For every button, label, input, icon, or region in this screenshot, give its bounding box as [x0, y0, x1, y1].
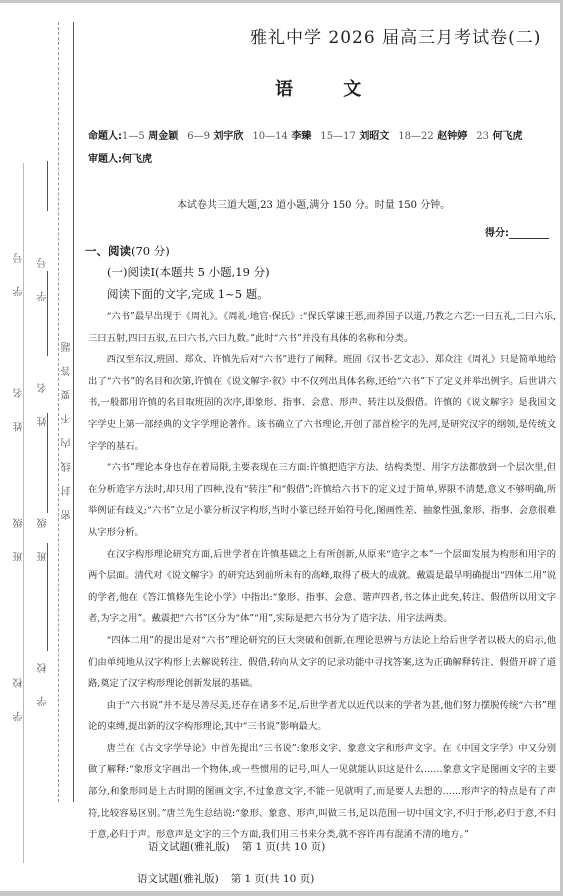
- passage-paragraph: 唐兰在《古文字学导论》中首先提出“三书说”:象形文字、象意文字和形声文字。在《中…: [88, 738, 556, 846]
- author-group: 18—22 赵钟婷: [398, 131, 467, 142]
- score-blank[interactable]: [509, 228, 549, 239]
- author-group: 15—17 刘昭文: [320, 131, 389, 142]
- passage-paragraph: “六书”理论本身也存在着局限,主要表现在三方面:许慎把造字方法、结构类型、用字方…: [88, 457, 556, 543]
- page-footer-duplicate: 语文试题(雅礼版)第 1 页(共 10 页): [137, 871, 314, 886]
- outer-label-student-id: 学 号: [12, 243, 27, 296]
- reviewer: 审题人:何飞虎: [88, 150, 152, 165]
- section-heading: 一、阅读(70 分): [85, 243, 170, 259]
- inner-label-class: 班 级: [36, 508, 51, 561]
- inner-label-school: 学 校: [36, 653, 51, 706]
- page-number: 第 1 页(共 10 页): [242, 841, 326, 853]
- exam-page: 学 号 姓 名 班 级 学 校 学 号 姓 名 班 级 学 校 密封线内不要答题…: [0, 3, 560, 891]
- author-group: 23 何飞虎: [476, 131, 522, 142]
- authors-label: 命题人:: [88, 131, 122, 142]
- question-authors: 命题人:1—5 周金颖6—9 刘宇欣10—14 李臻15—17 刘昭文18—22…: [88, 127, 558, 142]
- subject-title: 语 文: [275, 75, 383, 101]
- passage-paragraph: “四体二用”的提出是对“六书”理论研究的巨大突破和创新,在理论思辨与方法论上给后…: [88, 630, 556, 695]
- passage-paragraph: “六书”最早出现于《周礼》。《周礼·地官·保氏》:“保氏掌谏王恶,而养国子以道,…: [88, 306, 556, 349]
- passage-paragraph: 西汉至东汉,班固、郑众、许慎先后对“六书”进行了阐释。班固《汉书·艺文志》、郑众…: [88, 349, 556, 457]
- exam-info: 本试卷共三道大题,23 道小题,满分 150 分。时量 150 分钟。: [177, 196, 450, 211]
- score-field: 得分:: [485, 224, 549, 239]
- outer-label-class: 班 级: [12, 508, 27, 561]
- page-footer: 语文试题(雅礼版)第 1 页(共 10 页): [148, 839, 325, 854]
- author-group: 1—5 周金颖: [122, 131, 178, 142]
- outer-label-school: 学 校: [12, 668, 27, 721]
- outer-label-name: 姓 名: [12, 378, 27, 431]
- passage-paragraph: 由于“六书说”并不是尽善尽美,还存在诸多不足,后世学者尤以近代以来的学者为甚,他…: [88, 695, 556, 738]
- reading-instruction: 阅读下面的文字,完成 1~5 题。: [107, 286, 269, 302]
- section-points: (70 分): [131, 244, 170, 258]
- author-group: 6—9 刘宇欣: [187, 131, 243, 142]
- seal-dotted-line: [58, 22, 59, 802]
- passage-paragraph: 在汉字构形理论研究方面,后世学者在许慎基础之上有所创新,从原来“造字之本”一个层…: [88, 544, 556, 630]
- inner-fill-line: [47, 161, 48, 211]
- score-label: 得分:: [485, 228, 509, 239]
- reading-passage: “六书”最早出现于《周礼》。《周礼·地官·保氏》:“保氏掌谏王恶,而养国子以道,…: [88, 306, 556, 846]
- seal-warning-text: 密封线内不要答题: [60, 328, 75, 520]
- inner-label-name: 姓 名: [36, 373, 51, 426]
- page-number: 第 1 页(共 10 页): [231, 873, 315, 885]
- author-group: 10—14 李臻: [252, 131, 311, 142]
- subsection-heading: (一)阅读Ⅰ(本题共 5 小题,19 分): [107, 264, 270, 280]
- exam-title: 雅礼中学 2026 届高三月考试卷(二): [250, 23, 550, 48]
- inner-fill-line: [47, 413, 48, 513]
- inner-label-student-id: 学 号: [36, 248, 51, 301]
